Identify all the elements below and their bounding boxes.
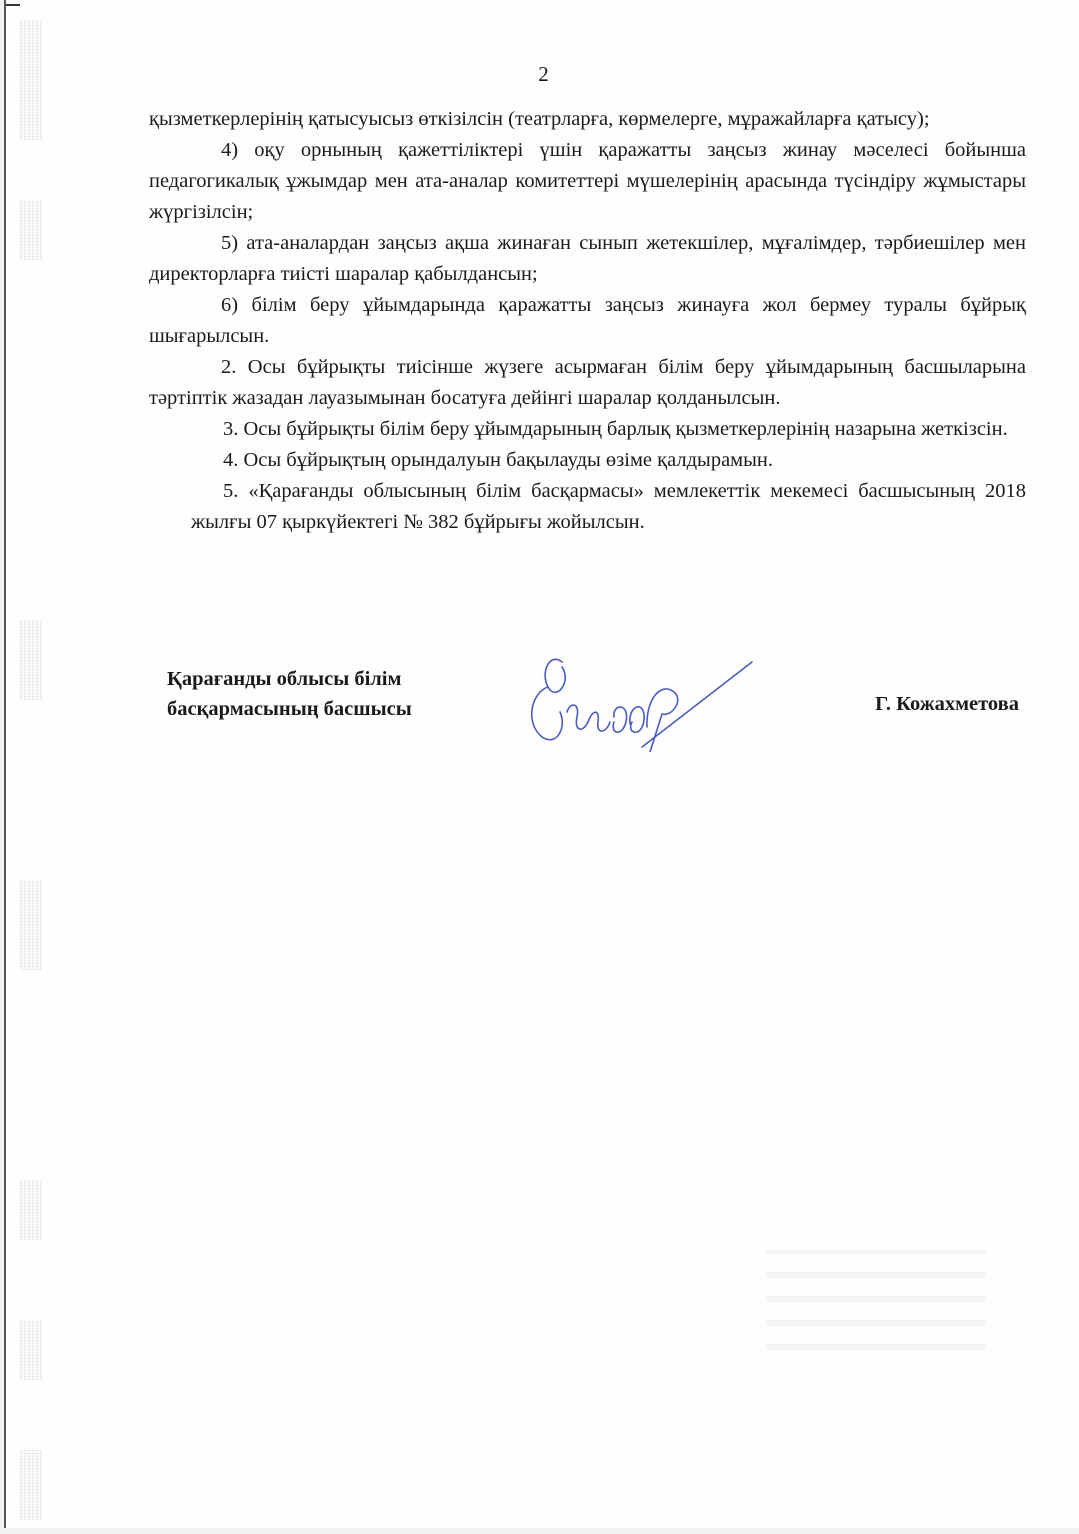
signatory-title-line1: Қарағанды облысы білім — [167, 664, 412, 694]
document-page: 2 қызметкерлерінің қатысуысыз өткізілсін… — [4, 0, 1079, 1528]
paragraph-item-5: 5) ата-аналардан заңсыз ақша жинаған сын… — [149, 228, 1026, 290]
scan-bleed-through — [20, 620, 42, 700]
paragraph-clause-2: 2. Осы бұйрықты тиісінше жүзеге асырмаға… — [149, 352, 1026, 414]
scan-bleed-through — [20, 1180, 42, 1240]
signatory-name: Г. Кожахметова — [875, 689, 1019, 719]
paragraph: қызметкерлерінің қатысуысыз өткізілсін (… — [149, 104, 1026, 135]
signatory-title-line2: басқармасының басшысы — [167, 694, 412, 724]
paragraph-clause-3: 3. Осы бұйрықты білім беру ұйымдарының б… — [149, 414, 1026, 445]
paragraph-item-4: 4) оқу орнының қажеттіліктері үшін қараж… — [149, 135, 1026, 228]
paragraph-clause-5: 5. «Қарағанды облысының білім басқармасы… — [149, 476, 1026, 538]
paragraph-clause-4: 4. Осы бұйрықтың орындалуын бақылауды өз… — [149, 445, 1026, 476]
page-number: 2 — [6, 62, 1079, 87]
document-body: қызметкерлерінің қатысуысыз өткізілсін (… — [149, 104, 1026, 538]
faded-stamp — [766, 1250, 986, 1350]
scan-corner-mark — [6, 4, 20, 6]
scan-bleed-through — [20, 880, 42, 970]
handwritten-signature-icon — [522, 642, 762, 752]
scan-bleed-through — [20, 1450, 42, 1520]
paragraph-item-6: 6) білім беру ұйымдарында қаражатты заңс… — [149, 290, 1026, 352]
signatory-title: Қарағанды облысы білім басқармасының бас… — [167, 664, 412, 724]
scan-bleed-through — [20, 1320, 42, 1380]
scan-bleed-through — [20, 200, 42, 260]
signature-block: Қарағанды облысы білім басқармасының бас… — [167, 664, 1027, 754]
